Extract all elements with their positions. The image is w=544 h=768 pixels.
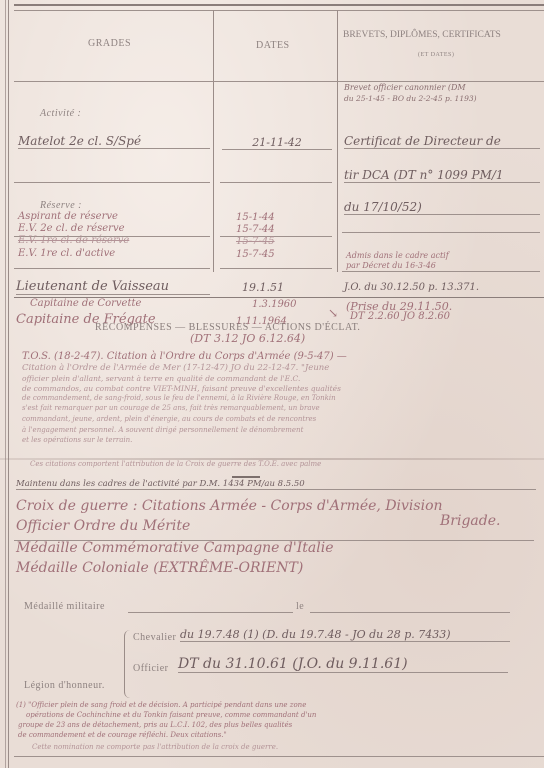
citation-line-1: T.O.S. (18-2-47). Citation à l'Ordre du …: [22, 351, 347, 362]
row-line-1b: [220, 182, 332, 183]
chevalier-label: Chevalier: [133, 632, 176, 643]
brevet-3-line2: par Décret du 16-3-46: [346, 261, 436, 270]
citation-line-8: à l'engagement personnel. A souvent diri…: [22, 426, 303, 434]
col-sep-2: [337, 10, 338, 272]
grade-5: E.V. 1re cl. d'active: [18, 248, 115, 259]
le-blank-line: [310, 612, 510, 613]
grade-7: Capitaine de Corvette: [30, 298, 141, 309]
croix-line-3: Médaille Commémorative Campagne d'Italie: [16, 540, 333, 556]
legion-honneur-label: Légion d'honneur.: [24, 680, 105, 691]
grade-2: Aspirant de réserve: [18, 211, 118, 222]
brevet-2-line3: du 17/10/52): [344, 200, 540, 215]
footnote-line-3: groupe de 23 ans de détachement, pris au…: [18, 721, 292, 729]
brevet-3-line1: Admis dans le cadre actif: [346, 251, 449, 260]
citation-line-10: Ces citations comportent l'attribution d…: [30, 460, 321, 468]
croix-line-2: Officier Ordre du Mérite: [16, 518, 190, 534]
header-bottom-line: [14, 81, 544, 82]
header-brevets: BREVETS, DIPLÔMES, CERTIFICATS: [343, 30, 501, 40]
citation-line-3: officier plein d'allant, servant à terre…: [22, 374, 300, 383]
bottom-line: [14, 756, 544, 757]
date-7: 1.3.1960: [252, 299, 297, 310]
row-line-2c: [342, 232, 540, 233]
date-5: 15-7-45: [236, 249, 275, 260]
le-label: le: [296, 601, 304, 612]
footnote-line-2: opérations de Cochinchine et du Tonkin f…: [26, 711, 316, 719]
arrow-icon: ↘: [328, 306, 338, 320]
frigate-ref: (DT 3.12 JO 6.12.64): [190, 332, 305, 345]
top-border-inner: [14, 10, 544, 11]
officier-value: DT du 31.10.61 (J.O. du 9.11.61): [178, 656, 508, 673]
croix-line-4: Médaille Coloniale (EXTRÊME-ORIENT): [16, 560, 303, 576]
row-line-3: [14, 268, 210, 269]
citation-line-6: s'est fait remarquer par un courage de 2…: [22, 404, 320, 412]
row-line-1: [14, 182, 210, 183]
citation-line-4: de commandos, au combat contre VIET-MINH…: [22, 384, 341, 393]
brevet-2-line2: tir DCA (DT n° 1099 PM/1: [344, 168, 540, 183]
medaille-militaire-label: Médaillé militaire: [24, 601, 105, 612]
date-1: 21-11-42: [222, 136, 332, 150]
brevet-1-line1: Brevet officier canonnier (DM: [344, 83, 466, 92]
citation-line-7: commandant, jeune, ardent, plein d'énerg…: [22, 415, 316, 423]
activite-label: Activité :: [40, 108, 81, 119]
brevet-1-line2: du 25-1-45 - BO du 2-2-45 p. 1193): [344, 94, 477, 103]
officier-label: Officier: [133, 663, 168, 674]
maintenu-line: Maintenu dans les cadres de l'activité p…: [16, 479, 536, 490]
brevet-2-line1: Certificat de Directeur de: [344, 134, 540, 149]
date-6: 19.1.51: [242, 281, 284, 294]
grade-4: E.V. 1re cl. de réserve: [18, 235, 129, 246]
citation-line-2: Citation à l'Ordre de l'Armée de Mer (17…: [22, 363, 329, 373]
row-line-3b: [220, 268, 332, 269]
grade-1: Matelot 2e cl. S/Spé: [18, 134, 210, 149]
left-border: [8, 0, 9, 768]
citation-line-9: et les opérations sur le terrain.: [22, 436, 132, 444]
brevet-4-line1: J.O. du 30.12.50 p. 13.371.: [344, 282, 479, 293]
legion-bracket: [124, 630, 131, 698]
footnote-line-4: de commandement et de courage réfléchi. …: [18, 731, 227, 739]
col-sep-1: [213, 10, 214, 272]
date-2: 15-1-44: [236, 212, 275, 223]
footnote-line-1: (1) "Officier plein de sang froid et de …: [16, 701, 306, 709]
header-grades: GRADES: [88, 38, 131, 49]
brevet-4-line3: DT 2.2.60 JO 8.2.60: [350, 311, 450, 322]
left-border-outer: [5, 0, 6, 768]
reserve-label: Réserve :: [40, 200, 82, 211]
medaille-blank-line: [128, 612, 293, 613]
citation-line-5: de commandement, de sang-froid, sous le …: [22, 394, 336, 402]
grade-6: Lieutenant de Vaisseau: [16, 279, 210, 295]
row-line-3c: [342, 271, 540, 272]
short-divider: [232, 476, 260, 478]
header-dates: DATES: [256, 40, 290, 51]
chevalier-value: du 19.7.48 (1) (D. du 19.7.48 - JO du 28…: [180, 628, 510, 642]
date-4: 15-7-45: [236, 236, 275, 247]
croix-line-1: Croix de guerre : Citations Armée - Corp…: [16, 498, 443, 514]
top-border: [14, 4, 544, 6]
date-3: 15-7-44: [236, 224, 275, 235]
header-brevets-sub: (ET DATES): [418, 52, 454, 58]
croix-line-2b: Brigade.: [440, 513, 500, 529]
footnote-line-5: Cette nomination ne comporte pas l'attri…: [32, 743, 278, 751]
grade-3: E.V. 2e cl. de réserve: [18, 223, 125, 234]
